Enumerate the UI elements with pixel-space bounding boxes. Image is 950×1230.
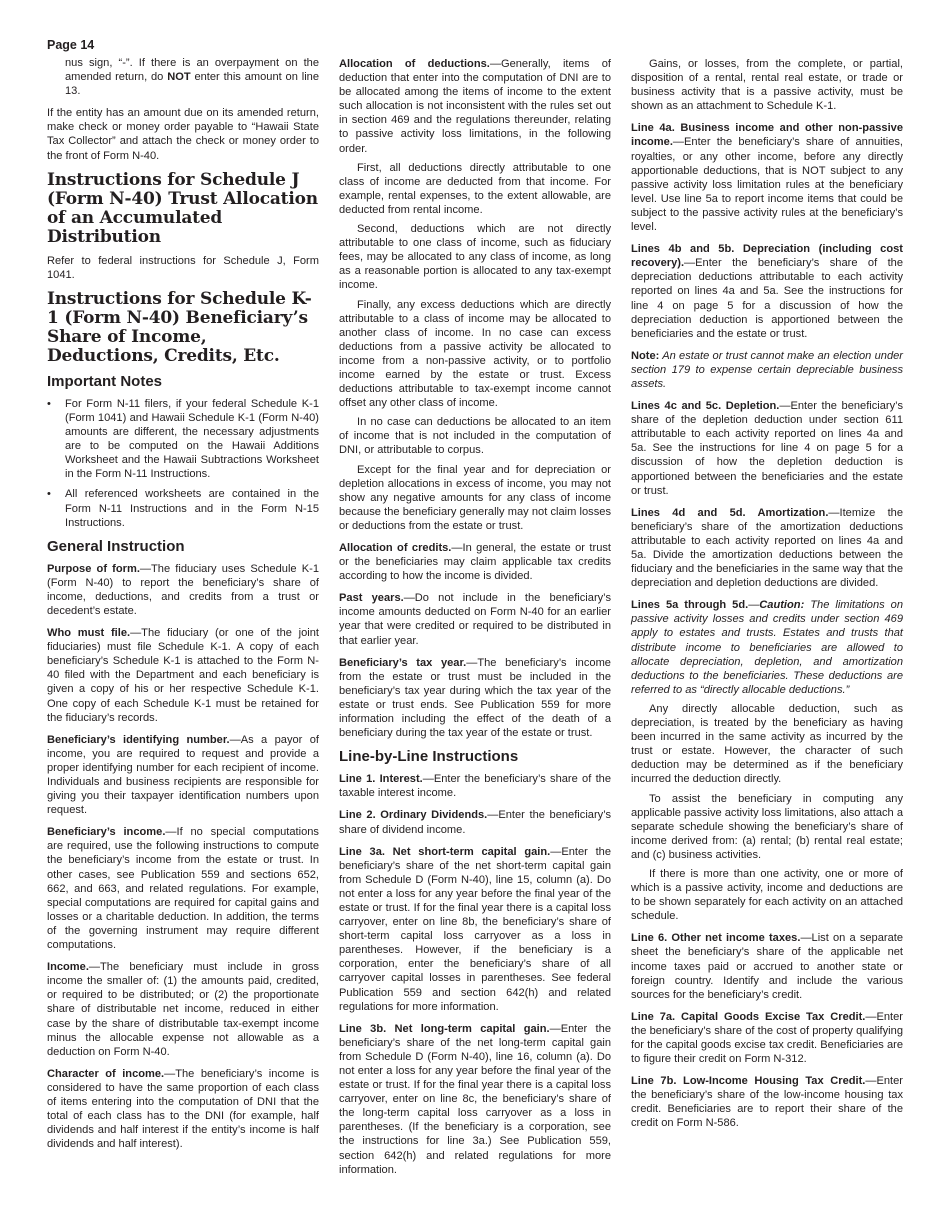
column-3: Gains, or losses, from the complete, or … [631, 57, 903, 1139]
line4a-paragraph: Line 4a. Business income and other non-p… [631, 121, 903, 234]
text: —Generally, items of deduction that ente… [339, 58, 611, 155]
continued-paragraph: nus sign, “-”. If there is an overpaymen… [47, 56, 319, 98]
line1-paragraph: Line 1. Interest.—Enter the beneficiary’… [339, 772, 611, 800]
any-direct-paragraph: Any directly allocable deduction, such a… [631, 702, 903, 787]
line5-paragraph: Lines 5a through 5d.—Caution: The limita… [631, 598, 903, 697]
run-in-heading: Purpose of form. [47, 563, 140, 575]
heading-line-by-line: Line-by-Line Instructions [339, 748, 611, 766]
identifying-number-paragraph: Beneficiary’s identifying number.—As a p… [47, 733, 319, 818]
run-in-heading: Allocation of credits. [339, 542, 451, 554]
line7b-paragraph: Line 7b. Low-Income Housing Tax Credit.—… [631, 1074, 903, 1130]
important-notes-list: •For Form N-11 filers, if your federal S… [47, 397, 319, 530]
run-in-heading: Lines 4d and 5d. Amortization. [631, 507, 828, 519]
run-in-heading: Line 7a. Capital Goods Excise Tax Credit… [631, 1011, 865, 1023]
character-of-income-paragraph: Character of income.—The beneficiary’s i… [47, 1067, 319, 1152]
bullet-icon: • [47, 397, 51, 411]
column-2: Allocation of deductions.—Generally, ite… [339, 57, 611, 1185]
caution-label: Caution: [759, 599, 804, 611]
heading-schedule-k1: Instructions for Schedule K-1 (Form N-40… [47, 290, 319, 366]
text: —Enter the beneficiary’s share of the de… [631, 257, 903, 339]
run-in-heading: Note: [631, 350, 659, 362]
line6-paragraph: Line 6. Other net income taxes.—List on … [631, 931, 903, 1001]
purpose-paragraph: Purpose of form.—The fiduciary uses Sche… [47, 562, 319, 618]
heading-general-instruction: General Instruction [47, 538, 319, 556]
note-paragraph: Note: An estate or trust cannot make an … [631, 349, 903, 391]
heading-schedule-j: Instructions for Schedule J (Form N-40) … [47, 171, 319, 247]
second-paragraph: Second, deductions which are not directl… [339, 222, 611, 292]
line3b-paragraph: Line 3b. Net long-term capital gain.—Ent… [339, 1022, 611, 1177]
beneficiary-income-paragraph: Beneficiary’s income.—If no special comp… [47, 825, 319, 952]
text: —Itemize the beneficiary’s share of the … [631, 507, 903, 589]
schedule-j-paragraph: Refer to federal instructions for Schedu… [47, 254, 319, 282]
run-in-heading: Beneficiary’s income. [47, 826, 165, 838]
column-1: nus sign, “-”. If there is an overpaymen… [47, 56, 319, 1159]
no-case-paragraph: In no case can deductions be allocated t… [339, 415, 611, 457]
text: —The beneficiary must include in gross i… [47, 961, 319, 1058]
text: —The beneficiary’s income from the estat… [339, 657, 611, 739]
emphasis-not: NOT [167, 71, 190, 83]
text: — [748, 599, 759, 611]
run-in-heading: Income. [47, 961, 89, 973]
text: —As a payor of income, you are required … [47, 734, 319, 816]
finally-paragraph: Finally, any excess deductions which are… [339, 298, 611, 411]
run-in-heading: Beneficiary’s tax year. [339, 657, 466, 669]
list-item: •All referenced worksheets are contained… [47, 487, 319, 529]
except-paragraph: Except for the final year and for deprec… [339, 463, 611, 533]
heading-important-notes: Important Notes [47, 373, 319, 391]
line4b-paragraph: Lines 4b and 5b. Depreciation (including… [631, 242, 903, 341]
text: —Enter the beneficiary’s share of the de… [631, 400, 903, 497]
text: —The fiduciary (or one of the joint fidu… [47, 627, 319, 724]
text: —Enter the beneficiary’s share of annuit… [631, 136, 903, 233]
run-in-heading: Lines 5a through 5d. [631, 599, 748, 611]
list-item: •For Form N-11 filers, if your federal S… [47, 397, 319, 482]
note-text: All referenced worksheets are contained … [65, 488, 319, 528]
note-text: For Form N-11 filers, if your federal Sc… [65, 398, 319, 480]
income-paragraph: Income.—The beneficiary must include in … [47, 960, 319, 1059]
line4c-paragraph: Lines 4c and 5c. Depletion.—Enter the be… [631, 399, 903, 498]
run-in-heading: Character of income. [47, 1068, 164, 1080]
tax-year-paragraph: Beneficiary’s tax year.—The beneficiary’… [339, 656, 611, 741]
text: An estate or trust cannot make an electi… [631, 350, 903, 390]
first-paragraph: First, all deductions directly attributa… [339, 161, 611, 217]
run-in-heading: Who must file. [47, 627, 130, 639]
run-in-heading: Line 1. Interest. [339, 773, 423, 785]
run-in-heading: Lines 4c and 5c. Depletion. [631, 400, 779, 412]
bullet-icon: • [47, 487, 51, 501]
line3a-paragraph: Line 3a. Net short-term capital gain.—En… [339, 845, 611, 1014]
run-in-heading: Beneficiary’s identifying number. [47, 734, 230, 746]
amount-due-paragraph: If the entity has an amount due on its a… [47, 106, 319, 162]
run-in-heading: Past years. [339, 592, 404, 604]
run-in-heading: Line 2. Ordinary Dividends. [339, 809, 487, 821]
text: The limitations on passive activity loss… [631, 599, 903, 696]
line7a-paragraph: Line 7a. Capital Goods Excise Tax Credit… [631, 1010, 903, 1066]
run-in-heading: Line 3a. Net short-term capital gain. [339, 846, 550, 858]
line2-paragraph: Line 2. Ordinary Dividends.—Enter the be… [339, 808, 611, 836]
assist-paragraph: To assist the beneficiary in computing a… [631, 792, 903, 862]
run-in-heading: Line 6. Other net income taxes. [631, 932, 800, 944]
run-in-heading: Allocation of deductions. [339, 58, 490, 70]
gains-paragraph: Gains, or losses, from the complete, or … [631, 57, 903, 113]
run-in-heading: Line 7b. Low-Income Housing Tax Credit. [631, 1075, 865, 1087]
text: —The beneficiary’s income is considered … [47, 1068, 319, 1150]
run-in-heading: Line 3b. Net long-term capital gain. [339, 1023, 550, 1035]
more-than-one-paragraph: If there is more than one activity, one … [631, 867, 903, 923]
who-must-file-paragraph: Who must file.—The fiduciary (or one of … [47, 626, 319, 725]
page-number: Page 14 [47, 38, 94, 52]
text: —Enter the beneficiary’s share of the ne… [339, 846, 611, 1013]
allocation-deductions-paragraph: Allocation of deductions.—Generally, ite… [339, 57, 611, 156]
allocation-credits-paragraph: Allocation of credits.—In general, the e… [339, 541, 611, 583]
text: —If no special computations are required… [47, 826, 319, 951]
text: —Enter the beneficiary’s share of the ne… [339, 1023, 611, 1176]
line4d-paragraph: Lines 4d and 5d. Amortization.—Itemize t… [631, 506, 903, 591]
past-years-paragraph: Past years.—Do not include in the benefi… [339, 591, 611, 647]
